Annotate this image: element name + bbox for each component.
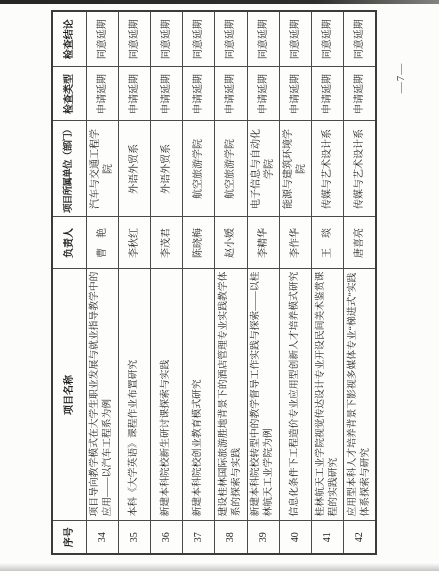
- serial-cell: 38: [215, 521, 247, 554]
- header-row: 序号 项目名称 负责人 项目所属单位（部门） 检查类型 检查结论: [52, 11, 86, 554]
- check-type-cell: 申请延期: [279, 67, 311, 121]
- table-row: 35 本科《大学英语》课程作业布置研究 李秋红 外语外贸系 申请延期 同意延期: [118, 11, 150, 554]
- leader-cell: 李茂君: [150, 217, 182, 269]
- check-conclusion-cell: 同意延期: [215, 11, 247, 67]
- project-name-cell: 桂林航天工业学院视觉传达设计专业开设民间美术鉴赏课程的实践研究: [312, 269, 344, 521]
- rotated-table-container: 序号 项目名称 负责人 项目所属单位（部门） 检查类型 检查结论 34 项目导向…: [51, 12, 377, 555]
- check-type-cell: 申请延期: [312, 67, 344, 121]
- serial-cell: 40: [279, 521, 311, 554]
- leader-cell: 李作华: [279, 217, 311, 269]
- unit-cell: 能源与建筑环境学院: [279, 121, 311, 217]
- header-serial: 序号: [52, 521, 86, 554]
- table-row: 41 桂林航天工业学院视觉传达设计专业开设民间美术鉴赏课程的实践研究 王 琰 传…: [312, 11, 344, 554]
- check-type-cell: 申请延期: [118, 67, 150, 121]
- check-type-cell: 申请延期: [215, 67, 247, 121]
- serial-cell: 35: [118, 521, 150, 554]
- unit-cell: 外语外贸系: [118, 121, 150, 217]
- scan-top-edge-bar: [0, 0, 439, 4]
- check-type-cell: 申请延期: [247, 67, 279, 121]
- scan-bottom-edge-shadow: [0, 563, 439, 571]
- check-conclusion-cell: 同意延期: [279, 11, 311, 67]
- serial-cell: 36: [150, 521, 182, 554]
- check-type-cell: 申请延期: [344, 67, 376, 121]
- leader-cell: 曹 艳: [86, 217, 118, 269]
- unit-cell: 传媒与艺术设计系: [344, 121, 376, 217]
- project-review-table: 序号 项目名称 负责人 项目所属单位（部门） 检查类型 检查结论 34 项目导向…: [51, 10, 377, 555]
- table-row: 36 新建本科院校新生研讨课探索与实践 李茂君 外语外贸系 申请延期 同意延期: [150, 11, 182, 554]
- page-number: —7—: [395, 62, 409, 94]
- serial-cell: 34: [86, 521, 118, 554]
- leader-cell: 赵小媛: [215, 217, 247, 269]
- project-name-cell: 新建本科院校新生研讨课探索与实践: [150, 269, 182, 521]
- leader-cell: 陈晓梅: [183, 217, 215, 269]
- leader-cell: 李精华: [247, 217, 279, 269]
- unit-cell: 电子信息与自动化学院: [247, 121, 279, 217]
- check-type-cell: 申请延期: [86, 67, 118, 121]
- project-name-cell: 新建本科院校创业教育模式研究: [183, 269, 215, 521]
- table-row: 42 应用型本科人才培养背景下影视多媒体专业“梯进式”实践体系探索与研究 唐喜亮…: [344, 11, 376, 554]
- table-row: 38 建设桂林国际旅游胜地背景下的酒店管理专业实践教学体系的探索与实践 赵小媛 …: [215, 11, 247, 554]
- leader-cell: 王 琰: [312, 217, 344, 269]
- header-project-name: 项目名称: [52, 269, 86, 521]
- header-unit: 项目所属单位（部门）: [52, 121, 86, 217]
- table-row: 39 新建本科院校转型中的教学督导工作实践与探索——以桂林航天工业学院为例 李精…: [247, 11, 279, 554]
- unit-cell: 航空旅游学院: [215, 121, 247, 217]
- table-row: 34 项目导向教学模式在大学生职业发展与就业指导教学中的应用——以汽车工程系为例…: [86, 11, 118, 554]
- leader-cell: 唐喜亮: [344, 217, 376, 269]
- serial-cell: 37: [183, 521, 215, 554]
- unit-cell: 汽车与交通工程学院: [86, 121, 118, 217]
- scanned-page: 序号 项目名称 负责人 项目所属单位（部门） 检查类型 检查结论 34 项目导向…: [0, 0, 439, 571]
- table-row: 37 新建本科院校创业教育模式研究 陈晓梅 航空旅游学院 申请延期 同意延期: [183, 11, 215, 554]
- project-name-cell: 建设桂林国际旅游胜地背景下的酒店管理专业实践教学体系的探索与实践: [215, 269, 247, 521]
- check-conclusion-cell: 同意延期: [344, 11, 376, 67]
- check-conclusion-cell: 同意延期: [183, 11, 215, 67]
- serial-cell: 41: [312, 521, 344, 554]
- project-name-cell: 应用型本科人才培养背景下影视多媒体专业“梯进式”实践体系探索与研究: [344, 269, 376, 521]
- project-name-cell: 新建本科院校转型中的教学督导工作实践与探索——以桂林航天工业学院为例: [247, 269, 279, 521]
- unit-cell: 外语外贸系: [150, 121, 182, 217]
- check-conclusion-cell: 同意延期: [86, 11, 118, 67]
- unit-cell: 航空旅游学院: [183, 121, 215, 217]
- header-check-conclusion: 检查结论: [52, 11, 86, 67]
- header-check-type: 检查类型: [52, 67, 86, 121]
- project-name-cell: 项目导向教学模式在大学生职业发展与就业指导教学中的应用——以汽车工程系为例: [86, 269, 118, 521]
- leader-cell: 李秋红: [118, 217, 150, 269]
- serial-cell: 42: [344, 521, 376, 554]
- check-conclusion-cell: 同意延期: [118, 11, 150, 67]
- check-type-cell: 申请延期: [150, 67, 182, 121]
- check-type-cell: 申请延期: [183, 67, 215, 121]
- serial-cell: 39: [247, 521, 279, 554]
- check-conclusion-cell: 同意延期: [150, 11, 182, 67]
- table-row: 40 信息化条件下工程造价专业应用型创新人才培养模式研究 李作华 能源与建筑环境…: [279, 11, 311, 554]
- project-name-cell: 信息化条件下工程造价专业应用型创新人才培养模式研究: [279, 269, 311, 521]
- header-leader: 负责人: [52, 217, 86, 269]
- check-conclusion-cell: 同意延期: [247, 11, 279, 67]
- unit-cell: 传媒与艺术设计系: [312, 121, 344, 217]
- project-name-cell: 本科《大学英语》课程作业布置研究: [118, 269, 150, 521]
- check-conclusion-cell: 同意延期: [312, 11, 344, 67]
